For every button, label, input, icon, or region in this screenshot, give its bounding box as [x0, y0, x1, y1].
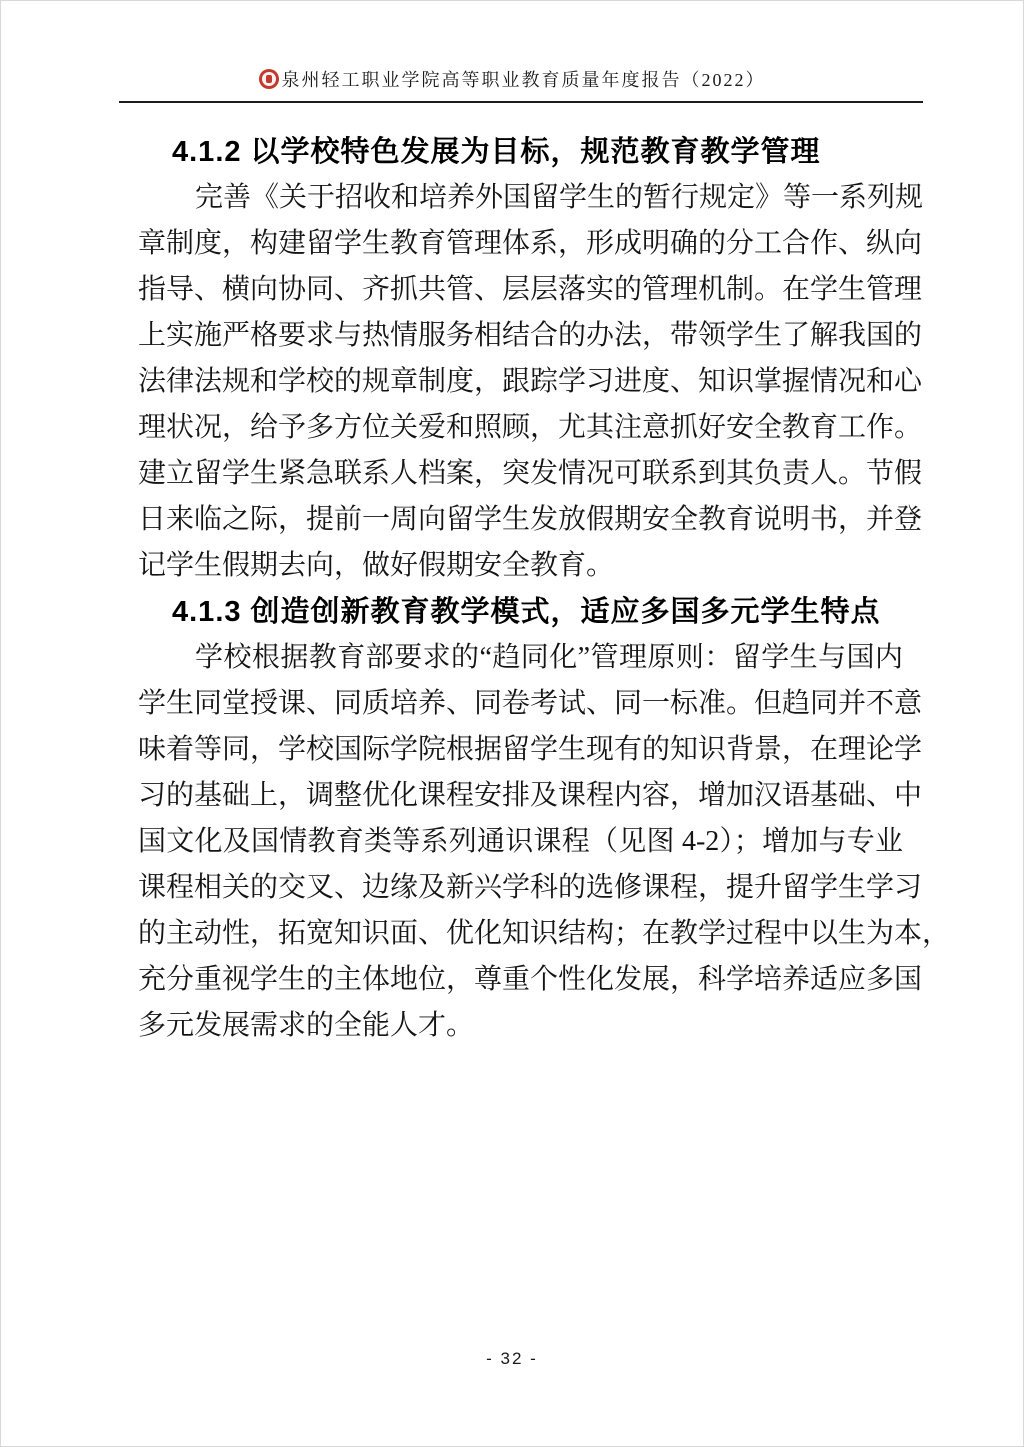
header-divider	[119, 101, 923, 103]
paragraph-line: 理状况，给予多方位关爱和照顾，尤其注意抓好安全教育工作。	[138, 405, 903, 451]
page-content: 4.1.2 以学校特色发展为目标，规范教育教学管理 完善《关于招收和培养外国留学…	[138, 129, 903, 1049]
paragraph: 学校根据教育部要求的“趋同化”管理原则：留学生与国内学生同堂授课、同质培养、同卷…	[138, 635, 903, 1049]
document-page: 泉州轻工职业学院高等职业教育质量年度报告（2022） 4.1.2 以学校特色发展…	[0, 0, 1024, 1447]
paragraph-line: 指导、横向协同、齐抓共管、层层落实的管理机制。在学生管理	[138, 267, 903, 313]
section-heading: 4.1.3 创造创新教育教学模式，适应多国多元学生特点	[172, 589, 903, 635]
section-412: 4.1.2 以学校特色发展为目标，规范教育教学管理 完善《关于招收和培养外国留学…	[138, 129, 903, 589]
paragraph-line: 上实施严格要求与热情服务相结合的办法，带领学生了解我国的	[138, 313, 903, 359]
paragraph-line: 建立留学生紧急联系人档案，突发情况可联系到其负责人。节假	[138, 451, 903, 497]
paragraph-line: 的主动性，拓宽知识面、优化知识结构；在教学过程中以生为本，	[138, 911, 903, 957]
paragraph-line: 法律法规和学校的规章制度，跟踪学习进度、知识掌握情况和心	[138, 359, 903, 405]
paragraph-line: 学生同堂授课、同质培养、同卷考试、同一标准。但趋同并不意	[138, 681, 903, 727]
page-number: - 32 -	[486, 1349, 538, 1368]
paragraph-line: 日来临之际，提前一周向留学生发放假期安全教育说明书，并登	[138, 497, 903, 543]
paragraph-line: 习的基础上，调整优化课程安排及课程内容，增加汉语基础、中	[138, 773, 903, 819]
page-footer: - 32 -	[1, 1349, 1023, 1369]
paragraph-line: 课程相关的交叉、边缘及新兴学科的选修课程，提升留学生学习	[138, 865, 903, 911]
section-413: 4.1.3 创造创新教育教学模式，适应多国多元学生特点 学校根据教育部要求的“趋…	[138, 589, 903, 1049]
paragraph-line: 充分重视学生的主体地位，尊重个性化发展，科学培养适应多国	[138, 957, 903, 1003]
paragraph-line: 章制度，构建留学生教育管理体系，形成明确的分工合作、纵向	[138, 221, 903, 267]
paragraph-line: 完善《关于招收和培养外国留学生的暂行规定》等一系列规	[138, 175, 903, 221]
paragraph-line: 味着等同，学校国际学院根据留学生现有的知识背景，在理论学	[138, 727, 903, 773]
paragraph-line: 记学生假期去向，做好假期安全教育。	[138, 543, 903, 589]
page-header: 泉州轻工职业学院高等职业教育质量年度报告（2022）	[1, 65, 1023, 93]
section-heading: 4.1.2 以学校特色发展为目标，规范教育教学管理	[172, 129, 903, 175]
paragraph-line: 学校根据教育部要求的“趋同化”管理原则：留学生与国内	[138, 635, 903, 681]
header-title: 泉州轻工职业学院高等职业教育质量年度报告（2022）	[282, 66, 766, 92]
paragraph-line: 国文化及国情教育类等系列通识课程（见图 4-2）；增加与专业	[138, 819, 903, 865]
school-seal-icon	[259, 69, 279, 89]
paragraph: 完善《关于招收和培养外国留学生的暂行规定》等一系列规章制度，构建留学生教育管理体…	[138, 175, 903, 589]
paragraph-line: 多元发展需求的全能人才。	[138, 1003, 903, 1049]
